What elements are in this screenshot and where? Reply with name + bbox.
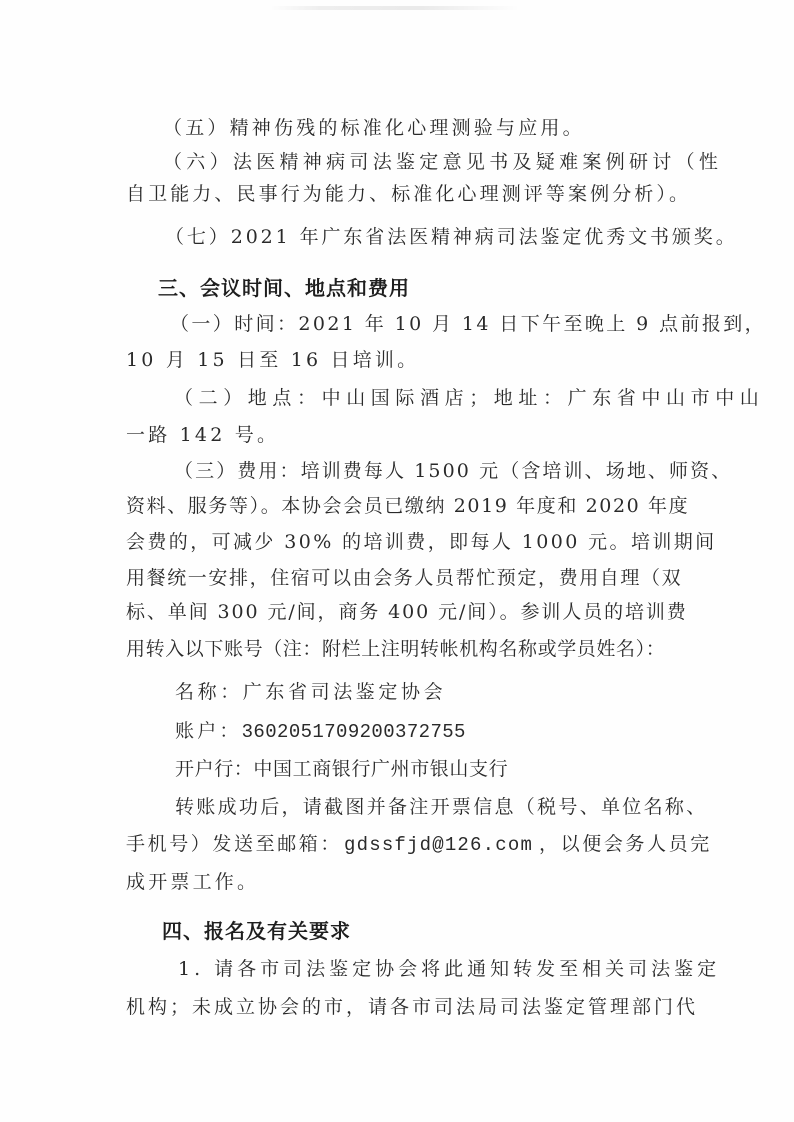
account-name: 名称：广东省司法鉴定协会 (175, 680, 446, 704)
invoice-line-2-suffix: ，以便会务人员完 (539, 833, 712, 855)
account-label: 账户： (175, 720, 242, 742)
place-line-1: （二）地点：中山国际酒店；地址：广东省中山市中山 (174, 386, 764, 410)
account-row: 账户：3602051709200372755 (175, 719, 466, 744)
place-line-2: 一路 142 号。 (126, 423, 279, 447)
fee-line-2: 资料、服务等）。本协会会员已缴纳 2019 年度和 2020 年度 (126, 494, 689, 518)
bank-name: 开户行：中国工商银行广州市银山支行 (175, 757, 508, 781)
fee-line-1: （三）费用：培训费每人 1500 元（含培训、场地、师资、 (174, 459, 732, 483)
item-7: （七）2021 年广东省法医精神病司法鉴定优秀文书颁奖。 (165, 225, 738, 249)
section-four-heading: 四、报名及有关要求 (162, 919, 351, 943)
item-6-line-1: （六）法医精神病司法鉴定意见书及疑难案例研讨（性 (163, 150, 722, 174)
time-line-2: 10 月 15 日至 16 日培训。 (126, 348, 419, 372)
account-number: 3602051709200372755 (242, 721, 466, 743)
document-page: （五）精神伤残的标准化心理测验与应用。 （六）法医精神病司法鉴定意见书及疑难案例… (0, 0, 794, 1122)
time-line-1: （一）时间：2021 年 10 月 14 日下午至晚上 9 点前报到， (170, 312, 766, 336)
section-three-heading: 三、会议时间、地点和费用 (158, 276, 410, 300)
requirement-1-line-2: 机构；未成立协会的市，请各市司法局司法鉴定管理部门代 (126, 995, 698, 1019)
requirement-1-line-1: 1. 请各市司法鉴定协会将此通知转发至相关司法鉴定 (178, 957, 720, 981)
faint-scan-header (270, 6, 520, 10)
invoice-line-2-prefix: 手机号）发送至邮箱： (126, 833, 342, 855)
fee-line-6: 用转入以下账号（注：附栏上注明转帐机构名称或学员姓名）： (126, 637, 665, 661)
fee-line-3: 会费的，可减少 30% 的培训费，即每人 1000 元。培训期间 (126, 530, 717, 554)
invoice-line-1: 转账成功后，请截图并备注开票信息（税号、单位名称、 (175, 795, 708, 819)
invoice-line-3: 成开票工作。 (126, 870, 259, 894)
item-6-line-2: 自卫能力、民事行为能力、标准化心理测评等案例分析）。 (126, 182, 691, 206)
fee-line-5: 标、单间 300 元/间，商务 400 元/间）。参训人员的培训费 (126, 600, 688, 624)
item-5: （五）精神伤残的标准化心理测验与应用。 (163, 116, 585, 140)
fee-line-4: 用餐统一安排，住宿可以由会务人员帮忙预定，费用自理（双 (126, 566, 682, 590)
invoice-line-2: 手机号）发送至邮箱：gdssfjd@126.com，以便会务人员完 (126, 832, 712, 857)
email-address[interactable]: gdssfjd@126.com (344, 834, 533, 856)
